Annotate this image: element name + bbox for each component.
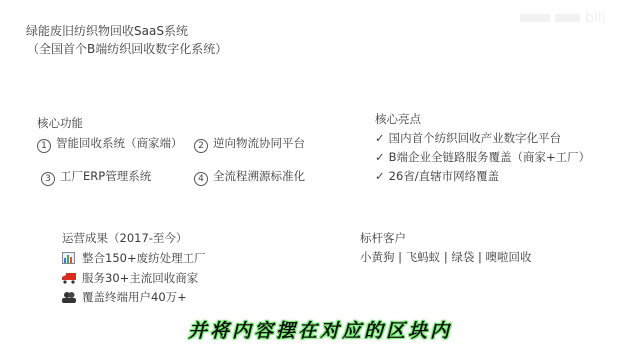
- highlight-item: ✓国内首个纺织回收产业数字化平台: [375, 130, 561, 146]
- check-icon: ✓: [375, 131, 385, 145]
- check-icon: ✓: [375, 169, 385, 183]
- clients-heading: 标杆客户: [360, 230, 406, 246]
- number-3-icon: 3: [41, 172, 55, 186]
- function-item-3: 3工厂ERP管理系统: [41, 168, 151, 186]
- check-icon: ✓: [375, 150, 385, 164]
- bilibili-logo-icon: bili: [500, 6, 630, 28]
- number-2-icon: 2: [194, 139, 208, 153]
- function-label: 工厂ERP管理系统: [60, 169, 151, 183]
- function-label: 全流程溯源标准化: [213, 169, 305, 183]
- number-1-icon: 1: [37, 139, 51, 153]
- core-functions-heading: 核心功能: [37, 115, 83, 131]
- result-label: 服务30+主流回收商家: [82, 271, 198, 285]
- function-item-4: 4全流程溯源标准化: [194, 168, 305, 186]
- video-caption: 并将内容摆在对应的区块内: [0, 316, 640, 343]
- result-label: 整合150+废纺处理工厂: [82, 251, 206, 265]
- truck-icon: [62, 272, 76, 284]
- result-item: 服务30+主流回收商家: [62, 270, 198, 286]
- number-4-icon: 4: [194, 172, 208, 186]
- clients-list: 小黄狗 | 飞蚂蚁 | 绿袋 | 噢啦回收: [360, 249, 532, 265]
- highlight-label: 26省/直辖市网络覆盖: [389, 169, 500, 183]
- results-heading: 运营成果（2017-至今）: [62, 230, 187, 246]
- highlight-label: B端企业全链路服务覆盖（商家+工厂）: [389, 150, 591, 164]
- highlight-label: 国内首个纺织回收产业数字化平台: [389, 131, 562, 145]
- function-item-1: 1智能回收系统（商家端）: [37, 135, 183, 153]
- svg-text:bili: bili: [585, 10, 606, 26]
- result-item: 整合150+废纺处理工厂: [62, 250, 206, 266]
- result-label: 覆盖终端用户40万+: [82, 290, 187, 304]
- function-item-2: 2逆向物流协同平台: [194, 135, 305, 153]
- highlights-heading: 核心亮点: [375, 111, 421, 127]
- page-title: 绿能废旧纺织物回收SaaS系统: [26, 22, 188, 39]
- highlight-item: ✓26省/直辖市网络覆盖: [375, 168, 499, 184]
- highlight-item: ✓B端企业全链路服务覆盖（商家+工厂）: [375, 149, 590, 165]
- function-label: 智能回收系统（商家端）: [56, 136, 183, 150]
- bar-chart-icon: [62, 252, 76, 264]
- page-subtitle: （全国首个B端纺织回收数字化系统）: [27, 40, 227, 57]
- function-label: 逆向物流协同平台: [213, 136, 305, 150]
- result-item: 覆盖终端用户40万+: [62, 289, 187, 305]
- users-icon: [62, 291, 76, 303]
